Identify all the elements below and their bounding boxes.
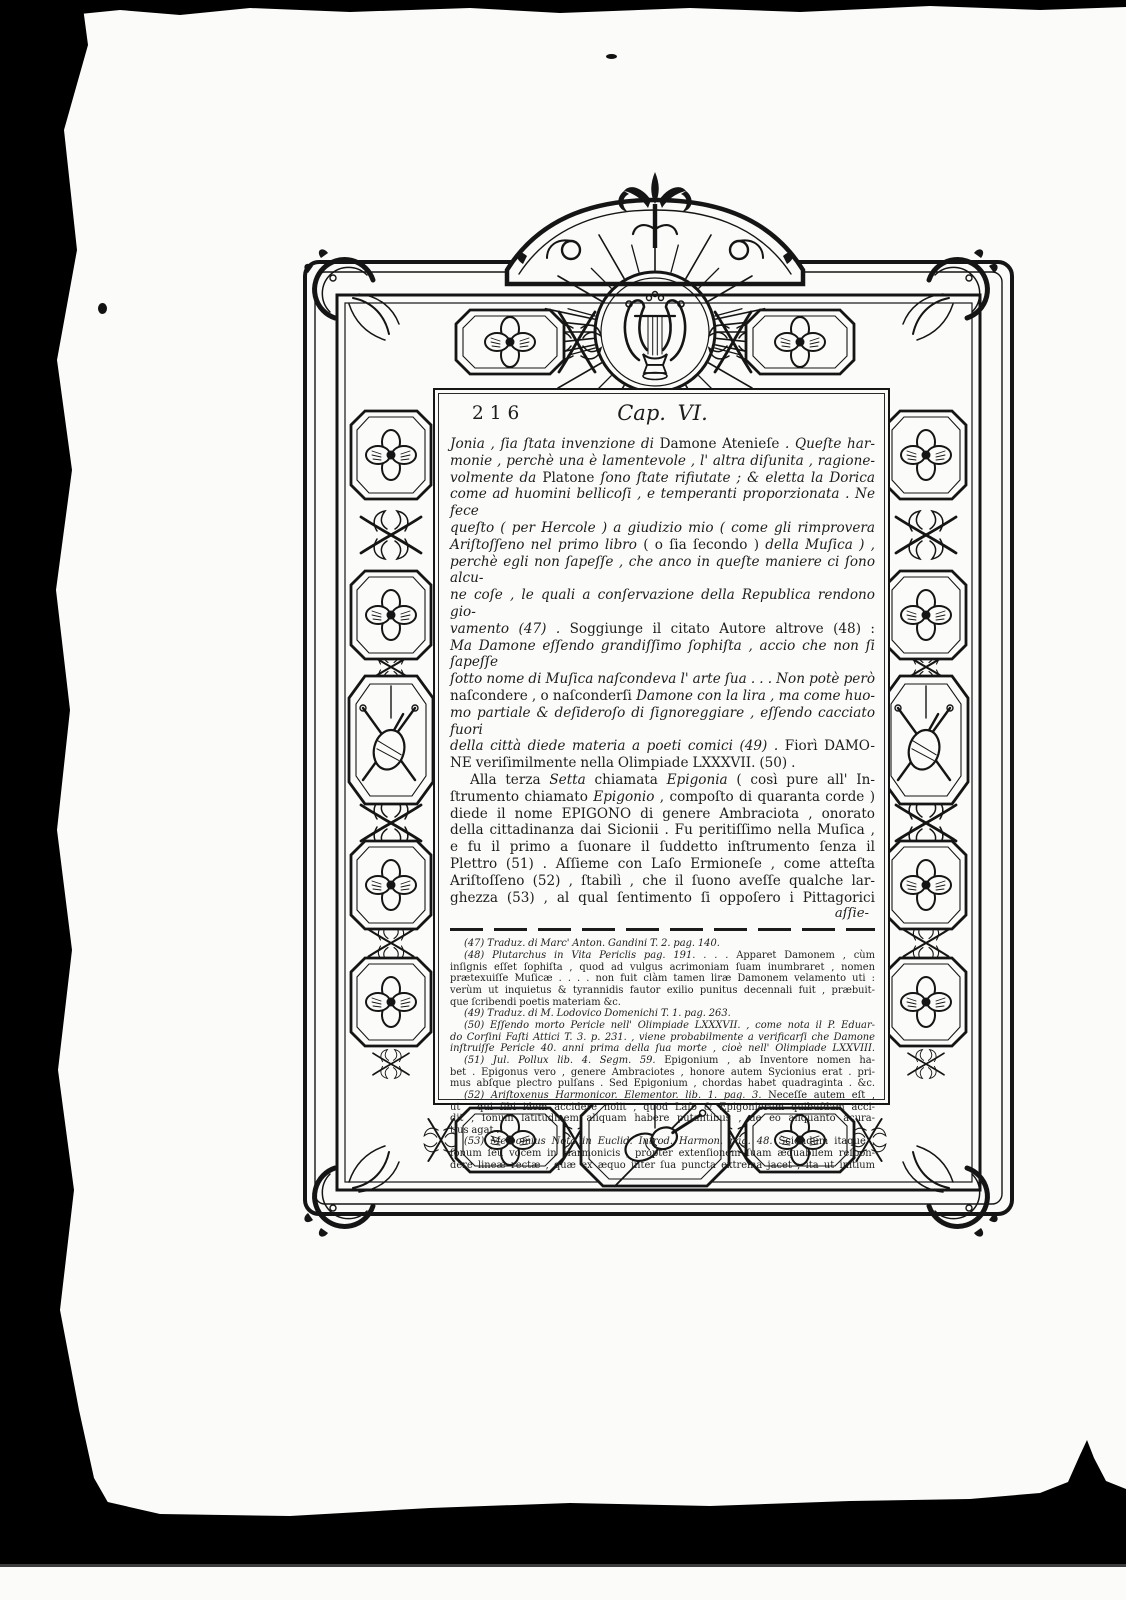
text-line: perchè egli non ſapeſſe , che anco in qu…	[450, 554, 875, 588]
text-line: (47) Traduz. di Marc' Anton. Gandini T. …	[450, 938, 875, 950]
text-line: ſotto nome di Muſica naſcondeva l' arte …	[450, 671, 875, 688]
text-line: monie , perchè una è lamentevole , l' al…	[450, 453, 875, 470]
footnote-separator	[450, 928, 875, 931]
text-line: Ariſtoſſeno nel primo libro ( o ſia ſeco…	[450, 537, 875, 554]
text-line: bet . Epigonus vero , genere Ambraciotes…	[450, 1067, 875, 1079]
text-line: e fu il primo a ſuonare il ſuddetto inſt…	[450, 839, 875, 856]
text-line: vamento (47) . Soggiunge il citato Autor…	[450, 621, 875, 638]
text-line: ut , qui ſibi idem accidere nolit , quod…	[450, 1102, 875, 1114]
text-line: prætexuiſſe Muſicæ . . . . non fuit clàm…	[450, 973, 875, 985]
scan-torn-edge-left	[0, 0, 130, 1530]
text-line: mus abſque plectro pulſans . Sed Epigoni…	[450, 1078, 875, 1090]
scan-speck	[606, 54, 617, 59]
page-content: 216 Cap. VI. Jonia , ſia ſtata invenzion…	[435, 390, 888, 1103]
text-line: dit , ſonum latitudinem aliquam habere p…	[450, 1113, 875, 1125]
text-line: volmente da Platone ſono ſtate rifiutate…	[450, 470, 875, 487]
text-line: do Corſini Faſti Attici T. 3. p. 231. , …	[450, 1032, 875, 1044]
footnotes: (47) Traduz. di Marc' Anton. Gandini T. …	[450, 938, 875, 1171]
text-line: inſtruiſſe Pericle 40. anni prima della …	[450, 1043, 875, 1055]
text-line: queſto ( per Hercole ) a giudizio mio ( …	[450, 520, 875, 537]
scan-edge-bottom-line	[0, 1564, 1126, 1567]
text-line: Ariſtoſſeno (52) , ſtabilì , che il ſuon…	[450, 873, 875, 890]
text-line: (50) Eſſendo morto Pericle nell' Olimpia…	[450, 1020, 875, 1032]
text-line: Jonia , ſia ſtata invenzione di Damone A…	[450, 436, 875, 453]
text-line: que ſcribendi poetis materiam &c.	[450, 997, 875, 1009]
text-line: (51) Jul. Pollux lib. 4. Segm. 59. Epigo…	[450, 1055, 875, 1067]
scan-edge-top	[0, 0, 1126, 18]
text-line: ne coſe , le quali a conſervazione della…	[450, 587, 875, 621]
text-line: ſtrumento chiamato Epigonio , compoſto d…	[450, 789, 875, 806]
text-line: come ad huomini bellicoſi , e temperanti…	[450, 486, 875, 520]
scan-edge-bottom	[0, 1440, 1126, 1566]
text-line: (49) Traduz. di M. Lodovico Domenichi T.…	[450, 1008, 875, 1020]
text-line: ſonum ſeu vocem in Harmonicis , propter …	[450, 1148, 875, 1160]
text-frame-box: 216 Cap. VI. Jonia , ſia ſtata invenzion…	[433, 388, 890, 1105]
text-line: verùm ut inquietus & tyrannidis fautor e…	[450, 985, 875, 997]
page-header: 216 Cap. VI.	[450, 400, 875, 433]
lute-cartouche-left	[349, 676, 433, 804]
text-line: della città diede materia a poeti comici…	[450, 738, 875, 755]
scanned-book-page: 216 Cap. VI. Jonia , ſia ſtata invenzion…	[0, 0, 1126, 1600]
text-line: Ma Damone eſſendo grandiſſimo ſophiſta ,…	[450, 638, 875, 672]
text-line: della cittadinanza dai Sicionii . Fu per…	[450, 822, 875, 839]
text-line: tius agat .	[450, 1125, 875, 1137]
text-line: dere lineæ rectæ , quæ ex æquo inter ſua…	[450, 1160, 875, 1172]
page-number: 216	[472, 403, 525, 424]
text-line: Alla terza Setta chiamata Epigonia ( cos…	[450, 772, 875, 789]
text-line: (52) Ariſtoxenus Harmonicor. Elementor. …	[450, 1090, 875, 1102]
text-line: mo partiale & deſideroſo di ſignoreggiar…	[450, 705, 875, 739]
text-line: Plettro (51) . Aſſieme con Laſo Ermioneſ…	[450, 856, 875, 873]
lyre-icon	[625, 292, 685, 380]
text-line: inſignis eſſet ſophiſta , quod ad vulgus…	[450, 962, 875, 974]
text-line: ghezza (53) , al qual ſentimento ſi oppo…	[450, 890, 875, 907]
lute-cartouche-right	[884, 676, 968, 804]
text-line: NE veriſimilmente nella Olimpiade LXXXVI…	[450, 755, 875, 772]
main-text: Jonia , ſia ſtata invenzione di Damone A…	[450, 436, 875, 906]
catchword: aſſie-	[450, 906, 875, 922]
text-line: naſcondere , o naſconderſi Damone con la…	[450, 688, 875, 705]
text-line: (53) Meibomius Nota in Euclid. Introd. H…	[450, 1136, 875, 1148]
scan-speck	[98, 303, 107, 314]
text-line: (48) Plutarchus in Vita Periclis pag. 19…	[450, 950, 875, 962]
text-line: diede il nome EPIGONO di genere Ambracio…	[450, 806, 875, 823]
